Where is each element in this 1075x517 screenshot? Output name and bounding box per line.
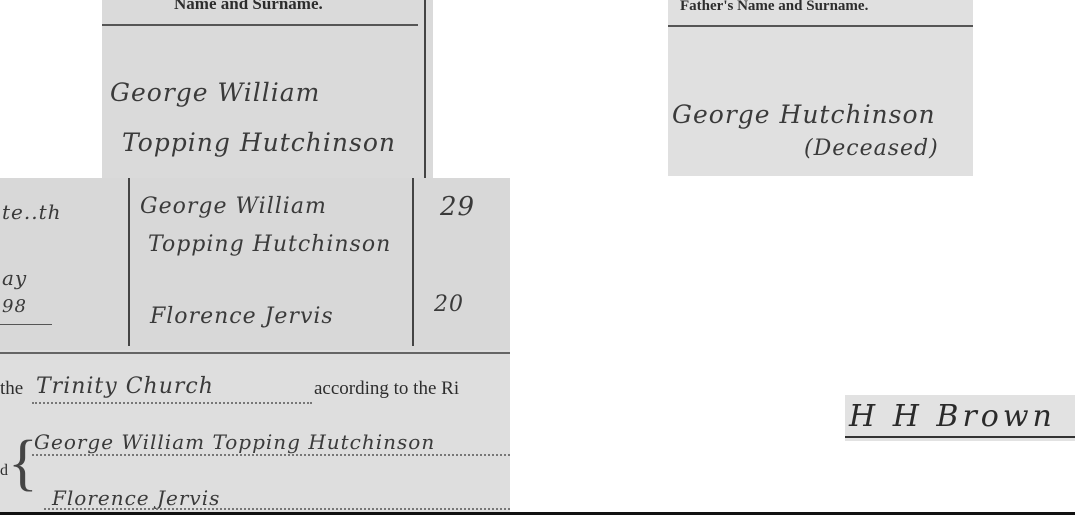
- groom-name-fragment: Name and Surname. George William Topping…: [102, 0, 433, 178]
- registrar-signature-fragment: H H Brown: [845, 395, 1075, 441]
- father-deceased-note: (Deceased): [804, 136, 939, 161]
- groom-age: 29: [440, 192, 475, 222]
- bride-age: 20: [434, 292, 464, 317]
- groom-signature: George William Topping Hutchinson: [34, 430, 435, 454]
- header-rule: [102, 24, 418, 26]
- signature-underline: [845, 436, 1075, 438]
- church-prefix: the: [0, 378, 23, 400]
- father-name: George Hutchinson: [672, 100, 936, 129]
- groom-signature-line: [32, 454, 510, 456]
- church-fragment: the Trinity Church according to the Ri d…: [0, 350, 510, 512]
- name-surname-header: Name and Surname.: [174, 0, 323, 14]
- father-name-fragment: Father's Name and Surname. George Hutchi…: [668, 0, 973, 176]
- date-partial-line3: 98: [2, 296, 27, 317]
- according-rites-text: according to the Ri: [314, 378, 459, 400]
- row-bride-name: Florence Jervis: [150, 304, 334, 329]
- header-rule: [668, 25, 973, 27]
- date-underline: [0, 324, 52, 325]
- column-divider: [424, 0, 426, 178]
- bride-signature-line: [44, 508, 510, 510]
- top-rule: [0, 352, 510, 354]
- register-row-fragment: te..th ay 98 George William Topping Hutc…: [0, 178, 510, 350]
- column-divider-left: [128, 178, 130, 346]
- father-header: Father's Name and Surname.: [680, 0, 868, 15]
- groom-name-line1: George William: [110, 78, 320, 107]
- date-partial-line1: te..th: [2, 200, 62, 224]
- row-groom-line1: George William: [140, 194, 327, 219]
- row-groom-line2: Topping Hutchinson: [148, 232, 391, 257]
- column-divider-right: [412, 178, 414, 346]
- groom-name-line2: Topping Hutchinson: [122, 128, 396, 157]
- date-partial-line2: ay: [2, 266, 27, 290]
- church-name: Trinity Church: [36, 374, 214, 399]
- bottom-border: [0, 512, 1075, 515]
- church-dotted-line: [32, 402, 312, 404]
- bracket-label: d: [0, 462, 8, 480]
- registrar-signature: H H Brown: [849, 399, 1056, 434]
- bride-signature: Florence Jervis: [52, 486, 220, 510]
